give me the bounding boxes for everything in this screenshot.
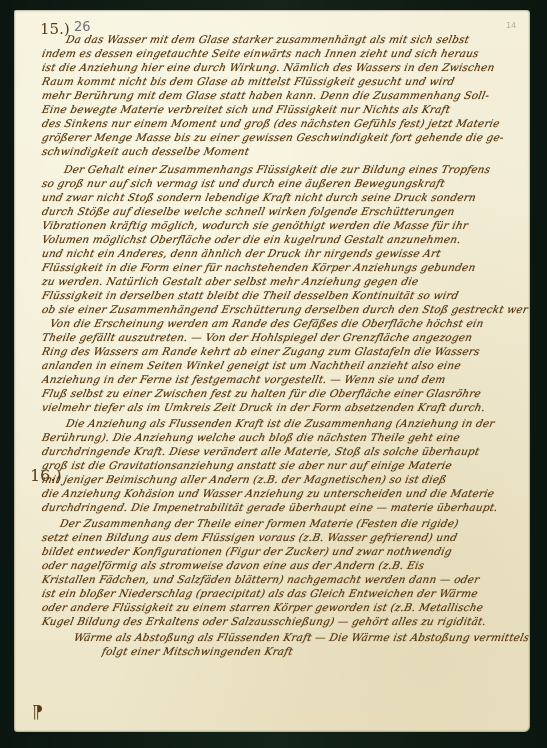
manuscript-line: durchdringend. Die Impenetrabilität gera… (41, 502, 530, 514)
manuscript-line: Der Zusammenhang der Theile einer formen… (59, 518, 530, 530)
manuscript-line: Flüssigkeit in die Form einer für nachst… (41, 262, 530, 274)
manuscript-line: und nicht ein Anderes, denn ähnlich der … (41, 248, 530, 260)
manuscript-line: so groß nur auf sich vermag ist und durc… (41, 178, 530, 190)
manuscript-line: Fluß selbst zu einer Zwischen fest zu ha… (41, 388, 530, 400)
manuscript-line: Berührung). Die Anziehung welche auch bl… (41, 432, 530, 444)
manuscript-line: größerer Menge Masse bis zu einer gewiss… (41, 132, 530, 144)
manuscript-line: bildet entweder Konfigurationen (Figur d… (41, 546, 530, 558)
manuscript-line: Volumen möglichst Oberfläche oder die ei… (41, 234, 530, 246)
manuscript-line: Der Gehalt einer Zusammenhangs Flüssigke… (63, 164, 530, 176)
manuscript-line: Da das Wasser mit dem Glase starker zusa… (65, 34, 530, 46)
manuscript-page: 15.) 26 14 16.) Da das Wasser mit dem Gl… (14, 10, 530, 732)
manuscript-line: oder andere Flüssigkeit zu einem starren… (41, 602, 530, 614)
manuscript-line: groß ist die Gravitationsanziehung ansta… (41, 460, 530, 472)
manuscript-line: Die Anziehung als Flussenden Kraft ist d… (65, 418, 530, 430)
manuscript-line: ist die Anziehung hier eine durch Wirkun… (41, 62, 530, 74)
manuscript-line: Vibrationen kräftig möglich, wodurch sie… (41, 220, 530, 232)
manuscript-line: vielmehr tiefer als im Umkreis Zeit Druc… (41, 402, 530, 414)
manuscript-line: durch Stöße auf dieselbe welche schnell … (41, 206, 530, 218)
manuscript-line: schwindigkeit auch desselbe Moment (41, 146, 530, 158)
manuscript-line: Kristallen Fädchen, und Salzfäden blätte… (41, 574, 530, 586)
manuscript-line: setzt einen Bildung aus dem Flüssigen vo… (41, 532, 530, 544)
manuscript-line: Von die Erscheinung werden am Rande des … (49, 318, 530, 330)
manuscript-line: Theile gefällt auszutreten. — Von der Ho… (41, 332, 530, 344)
manuscript-line: mehr Berührung mit dem Glase statt haben… (41, 90, 530, 102)
archive-page-number: 26 (74, 20, 91, 35)
section-number-15: 15.) (40, 20, 70, 38)
manuscript-line: ist ein bloßer Niederschlag (praecipitat… (41, 588, 530, 600)
manuscript-line: Flüssigkeit in derselben statt bleibt di… (41, 290, 530, 302)
manuscript-line: die Anziehung Kohäsion und Wasser Anzieh… (41, 488, 530, 500)
manuscript-line: zu werden. Natürlich Gestalt aber selbst… (41, 276, 530, 288)
manuscript-line: oder nagelförmig als stromweise davon ei… (41, 560, 530, 572)
manuscript-line: des Sinkens nur einem Moment und groß (d… (41, 118, 530, 130)
manuscript-line: Ring des Wassers am Rande kehrt ab einer… (41, 346, 530, 358)
manuscript-line: Kugel Bildung des Erkaltens oder Salzaus… (41, 616, 530, 628)
manuscript-line: Eine bewegte Materie verbreitet sich und… (41, 104, 530, 116)
manuscript-line: durchdringende Kraft. Diese verändert al… (41, 446, 530, 458)
pencil-corner-mark: 14 (506, 21, 516, 30)
manuscript-line: Raum kommt nicht bis dem Glase ab mittel… (41, 76, 530, 88)
manuscript-line: ob sie einer Zusammenhängend Erschütteru… (41, 304, 530, 316)
manuscript-line: mit jeniger Beimischung aller Andern (z.… (41, 474, 530, 486)
manuscript-line: Wärme als Abstoßung als Flüssenden Kraft… (73, 632, 530, 644)
manuscript-line: indem es dessen eingetauchte Seite einwä… (41, 48, 530, 60)
margin-bracket-mark: ⁋ (32, 702, 43, 723)
manuscript-line: anlanden in einem Seiten Winkel geneigt … (41, 360, 530, 372)
manuscript-line: Anziehung in der Ferne ist festgemacht v… (41, 374, 530, 386)
manuscript-line: folgt einer Mitschwingenden Kraft (101, 646, 530, 658)
manuscript-line: und zwar nicht Stoß sondern lebendige Kr… (41, 192, 530, 204)
